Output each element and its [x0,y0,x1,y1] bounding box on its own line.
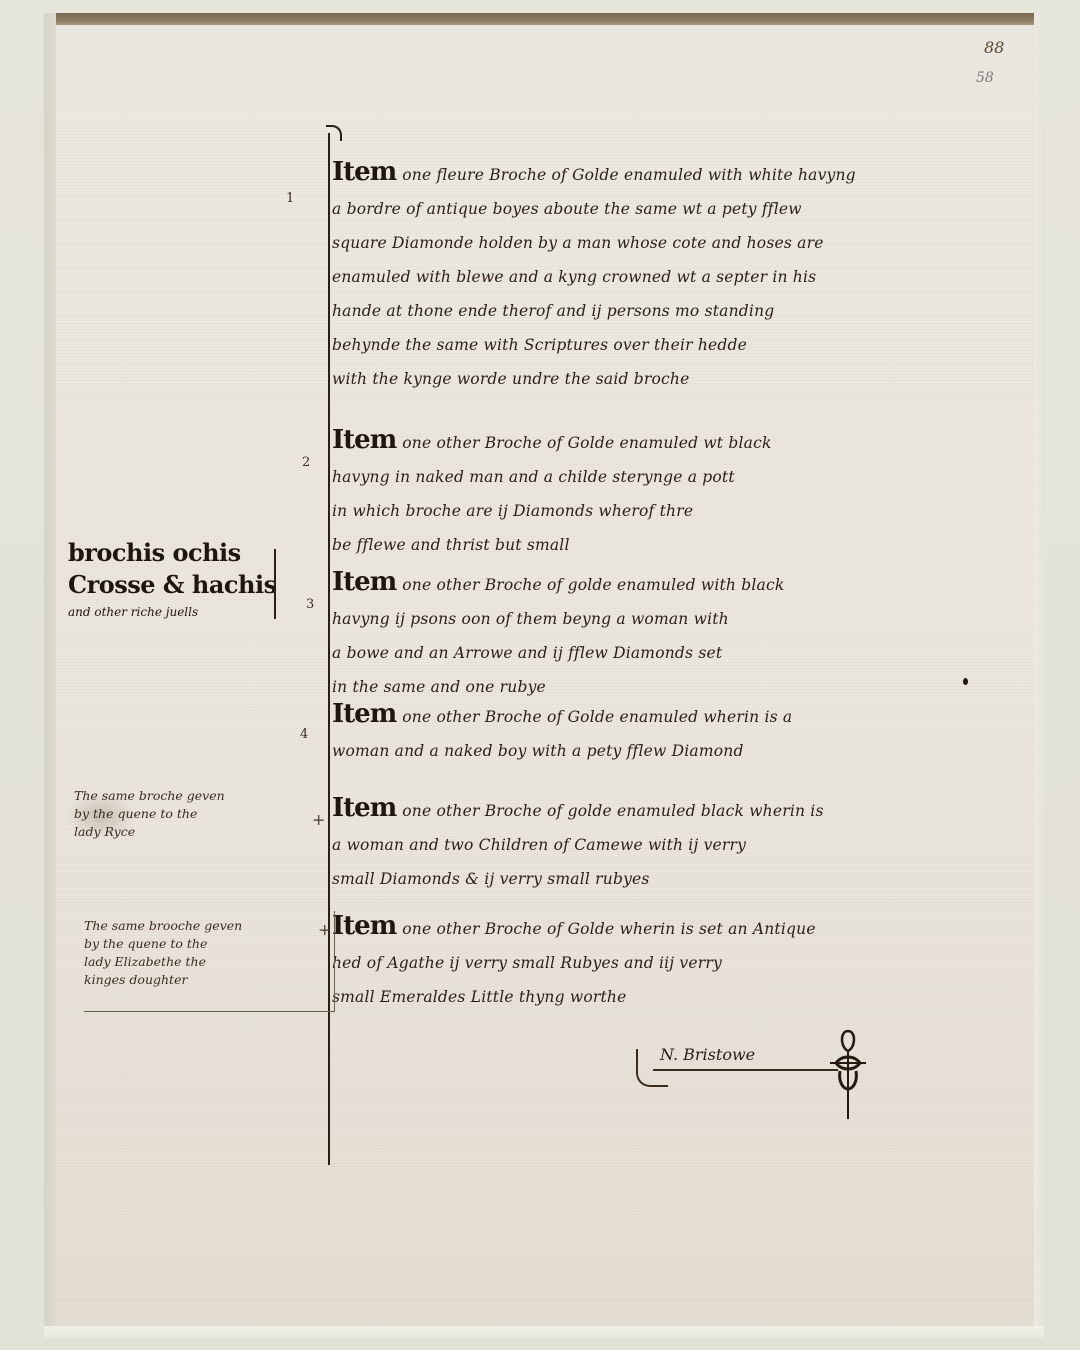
item-word: Item [332,567,396,597]
entry-line: with the kynge worde undre the said broc… [332,362,972,396]
entry-number: 4 [300,727,308,742]
entry-line: square Diamonde holden by a man whose co… [332,226,972,260]
entry-line: be fflewe and thrist but small [332,528,972,562]
entry-line: Itemone other Broche of golde enamuled w… [332,565,972,602]
entry-number: 2 [302,455,310,470]
item-word: Item [332,425,396,455]
entry-line: Itemone other Broche of golde enamuled b… [332,791,972,828]
margin-heading-line: brochis ochis [68,537,298,569]
folio-number-alt: 58 [976,70,994,86]
item-word: Item [332,699,396,729]
entry-line: hande at thone ende therof and ij person… [332,294,972,328]
mat-bevel-top-shadow [44,13,1038,25]
entry-line: in which broche are ij Diamonds wherof t… [332,494,972,528]
folio-number: 88 [984,38,1004,57]
inventory-entry: Itemone other Broche of Golde wherin is … [332,909,972,1014]
margin-note: The same broche geven by the quene to th… [74,787,304,841]
mat-bevel-bottom [44,1326,1044,1338]
margin-heading-line: Crosse & hachis [68,569,298,601]
entry-line: Itemone other Broche of Golde enamuled w… [332,423,972,460]
item-word: Item [332,157,396,187]
cross-mark-icon: + [318,921,331,939]
entry-line: hed of Agathe ij verry small Rubyes and … [332,946,972,980]
entry-number: 1 [286,191,294,206]
entry-line: woman and a naked boy with a pety fflew … [332,734,972,768]
inventory-entry: Itemone fleure Broche of Golde enamuled … [332,155,972,396]
entry-number: 3 [306,597,314,612]
entry-line: enamuled with blewe and a kyng crowned w… [332,260,972,294]
entry-line: a woman and two Children of Camewe with … [332,828,972,862]
mat-bevel-right [1034,13,1044,1338]
inventory-entry: Itemone other Broche of golde enamuled w… [332,565,972,704]
item-word: Item [332,911,396,941]
entry-line: Itemone other Broche of Golde wherin is … [332,909,972,946]
manuscript-page: 88 58 brochis ochis Crosse & hachis and … [56,25,1034,1326]
entry-line: behynde the same with Scriptures over th… [332,328,972,362]
entry-line: a bowe and an Arrowe and ij fflew Diamon… [332,636,972,670]
item-word: Item [332,793,396,823]
entry-line: Itemone fleure Broche of Golde enamuled … [332,155,972,192]
entry-line: small Diamonds & ij verry small rubyes [332,862,972,896]
mat-bevel-left [44,13,56,1335]
inventory-entry: Itemone other Broche of golde enamuled b… [332,791,972,896]
signature-underline [653,1069,838,1071]
margin-note: The same brooche geven by the quene to t… [84,917,334,989]
entry-line: a bordre of antique boyes aboute the sam… [332,192,972,226]
cross-mark-icon: + [312,811,325,829]
inventory-entry: Itemone other Broche of Golde enamuled w… [332,697,972,768]
entry-line: Itemone other Broche of Golde enamuled w… [332,697,972,734]
ink-spot [963,678,968,685]
inventory-entry: Itemone other Broche of Golde enamuled w… [332,423,972,562]
margin-heading-line: and other riche juells [68,601,298,623]
note-box-rule [84,911,335,1012]
entry-line: havyng in naked man and a childe steryng… [332,460,972,494]
signature-name: N. Bristowe [660,1045,755,1064]
notary-knot-mark-icon [828,1027,868,1122]
entry-line: small Emeraldes Little thyng worthe [332,980,972,1014]
entry-line: havyng ij psons oon of them beyng a woma… [332,602,972,636]
bracket-mark [266,549,276,619]
margin-heading: brochis ochis Crosse & hachis and other … [68,537,298,623]
